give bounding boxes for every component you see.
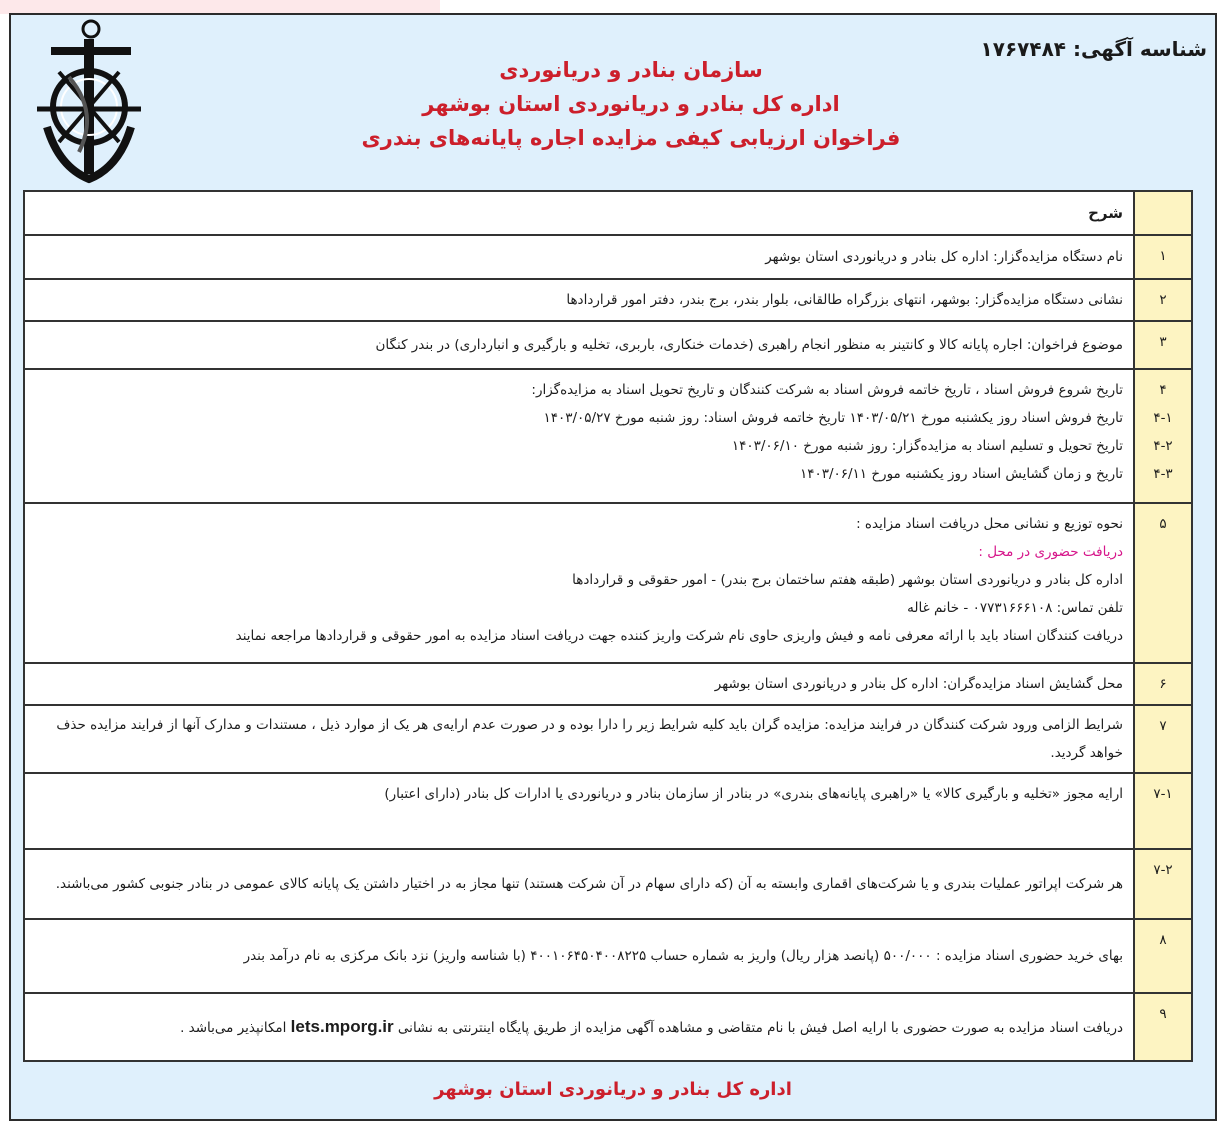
row-number: ۵ [1134,503,1192,663]
row-number: ۷-۲ [1134,849,1192,919]
row-text: نحوه توزیع و نشانی محل دریافت اسناد مزای… [24,503,1134,663]
table-row: ۱ نام دستگاه مزایده‌گزار: اداره کل بنادر… [24,235,1192,279]
call-title: فراخوان ارزیابی کیفی مزایده اجاره پایانه… [311,121,951,155]
table-row: ۶ محل گشایش اسناد مزایده‌گران: اداره کل … [24,663,1192,705]
row-subnumber: ۴-۲ [1145,432,1181,460]
receipt-instructions: دریافت کنندگان اسناد باید با ارائه معرفی… [35,622,1123,650]
sale-dates: تاریخ فروش اسناد روز یکشنبه مورخ ۱۴۰۳/۰۵… [35,404,1123,432]
notice-frame: شناسه آگهی: ۱۷۶۷۴۸۴ سازمان بنادر و دریان… [9,13,1217,1121]
office-address: اداره کل بنادر و دریانوردی استان بوشهر (… [35,566,1123,594]
table-row: ۸ بهای خرید حضوری اسناد مزایده : ۵۰۰/۰۰۰… [24,919,1192,993]
opening-date: تاریخ و زمان گشایش اسناد روز یکشنبه مورخ… [35,460,1123,488]
dates-intro: تاریخ شروع فروش اسناد ، تاریخ خاتمه فروش… [35,376,1123,404]
notice-table: شرح ۱ نام دستگاه مزایده‌گزار: اداره کل ب… [23,190,1193,1062]
notice-titles: سازمان بنادر و دریانوردی اداره کل بنادر … [311,53,951,155]
table-row: ۷-۱ ارایه مجوز «تخلیه و بارگیری کالا» یا… [24,773,1192,849]
office-title: اداره کل بنادر و دریانوردی استان بوشهر [311,87,951,121]
top-accent-band [0,0,440,14]
row-number: ۳ [1134,321,1192,369]
table-header-row: شرح [24,191,1192,235]
row-text: دریافت اسناد مزایده به صورت حضوری با ارا… [24,993,1134,1061]
distribution-heading: نحوه توزیع و نشانی محل دریافت اسناد مزای… [35,510,1123,538]
website-text-after: امکانپذیر می‌باشد . [180,1020,291,1036]
anchor-wheel-logo-icon [29,17,149,187]
website-link[interactable]: lets.mporg.ir [291,1017,394,1036]
ad-id-label: شناسه آگهی: ۱۷۶۷۴۸۴ [981,37,1207,61]
row-number: ۸ [1134,919,1192,993]
row-text: بهای خرید حضوری اسناد مزایده : ۵۰۰/۰۰۰ (… [24,919,1134,993]
row-number: ۷ [1134,705,1192,773]
table-header-desc: شرح [24,191,1134,235]
row-text: نشانی دستگاه مزایده‌گزار: بوشهر، انتهای … [24,279,1134,321]
delivery-date: تاریخ تحویل و تسلیم اسناد به مزایده‌گزار… [35,432,1123,460]
row-number: ۹ [1134,993,1192,1061]
row-text: شرایط الزامی ورود شرکت کنندگان در فرایند… [24,705,1134,773]
footer-office-name: اداره کل بنادر و دریانوردی استان بوشهر [11,1079,1215,1100]
row-subnumber: ۴-۱ [1145,404,1181,432]
row-number: ۲ [1134,279,1192,321]
row-text: محل گشایش اسناد مزایده‌گران: اداره کل بن… [24,663,1134,705]
table-header-num [1134,191,1192,235]
table-row: ۷-۲ هر شرکت اپراتور عملیات بندری و یا شر… [24,849,1192,919]
row-number: ۶ [1134,663,1192,705]
row-number: ۴ ۴-۱ ۴-۲ ۴-۳ [1134,369,1192,503]
contact-phone: تلفن تماس: ۰۷۷۳۱۶۶۶۱۰۸ - خانم غاله [35,594,1123,622]
row-text: نام دستگاه مزایده‌گزار: اداره کل بنادر و… [24,235,1134,279]
row-text: ارایه مجوز «تخلیه و بارگیری کالا» یا «را… [24,773,1134,849]
row-subnumber: ۴-۳ [1145,460,1181,488]
in-person-label: دریافت حضوری در محل : [35,538,1123,566]
org-title: سازمان بنادر و دریانوردی [311,53,951,87]
table-row: ۲ نشانی دستگاه مزایده‌گزار: بوشهر، انتها… [24,279,1192,321]
table-row: ۹ دریافت اسناد مزایده به صورت حضوری با ا… [24,993,1192,1061]
table-row: ۴ ۴-۱ ۴-۲ ۴-۳ تاریخ شروع فروش اسناد ، تا… [24,369,1192,503]
row-text: هر شرکت اپراتور عملیات بندری و یا شرکت‌ه… [24,849,1134,919]
table-row: ۵ نحوه توزیع و نشانی محل دریافت اسناد مز… [24,503,1192,663]
row-number: ۱ [1134,235,1192,279]
row-number-main: ۴ [1145,376,1181,404]
table-row: ۷ شرایط الزامی ورود شرکت کنندگان در فرای… [24,705,1192,773]
website-text-before: دریافت اسناد مزایده به صورت حضوری با ارا… [394,1020,1123,1036]
table-row: ۳ موضوع فراخوان: اجاره پایانه کالا و کان… [24,321,1192,369]
row-text: تاریخ شروع فروش اسناد ، تاریخ خاتمه فروش… [24,369,1134,503]
row-number: ۷-۱ [1134,773,1192,849]
row-text: موضوع فراخوان: اجاره پایانه کالا و کانتی… [24,321,1134,369]
